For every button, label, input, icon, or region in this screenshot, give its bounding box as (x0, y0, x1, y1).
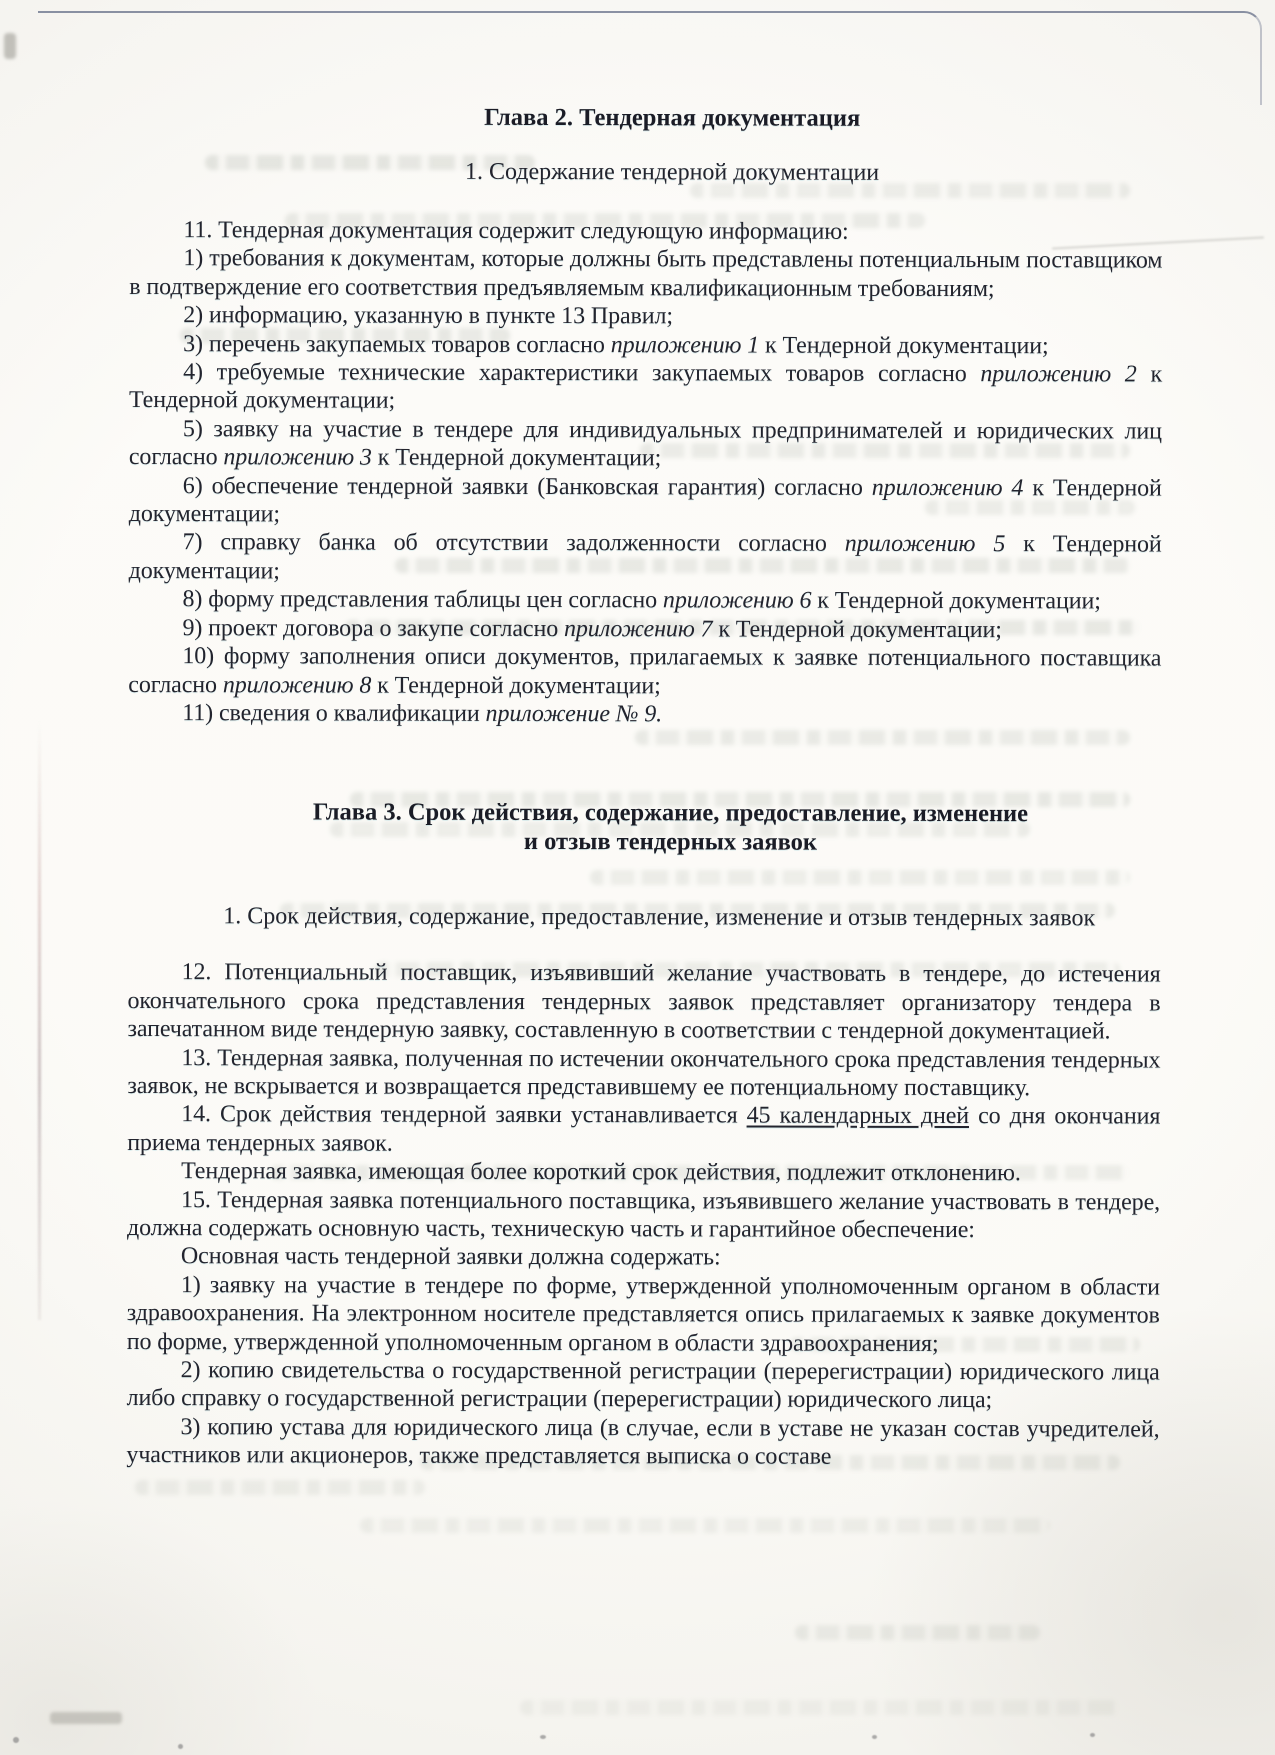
chapter2-section-heading: 1. Содержание тендерной документации (130, 156, 1163, 189)
scan-speck (540, 1735, 546, 1739)
paragraph: 9) проект договора о закупе согласно при… (128, 614, 1161, 645)
chapter2-paragraphs: 11. Тендерная документация содержит след… (128, 216, 1162, 730)
paragraph: 3) копию устава для юридического лица (в… (126, 1413, 1159, 1472)
paragraph: 12. Потенциальный поставщик, изъявивший … (127, 958, 1160, 1046)
paragraph: 13. Тендерная заявка, полученная по исте… (127, 1044, 1160, 1103)
paragraph: 11) сведения о квалификации приложение №… (128, 699, 1161, 730)
document-content: Глава 2. Тендерная документация 1. Содер… (126, 0, 1163, 1472)
paragraph: 6) обеспечение тендерной заявки (Банковс… (129, 472, 1162, 531)
chapter2-title: Глава 2. Тендерная документация (130, 102, 1163, 135)
paragraph: 4) требуемые технические характеристики … (129, 358, 1162, 417)
chapter3-paragraphs: 12. Потенциальный поставщик, изъявивший … (126, 958, 1160, 1472)
paragraph: 2) информацию, указанную в пункте 13 Пра… (129, 301, 1162, 332)
chapter3-title-line2: и отзыв тендерных заявок (180, 826, 1161, 857)
scan-speck (178, 1744, 183, 1749)
scan-speck (872, 1735, 877, 1739)
paragraph: 2) копию свидетельства о государственной… (127, 1356, 1160, 1415)
paragraph: 1) заявку на участие в тендере по форме,… (127, 1271, 1160, 1359)
paragraph: Тендерная заявка, имеющая более короткий… (127, 1157, 1160, 1188)
scan-speck (1090, 1733, 1095, 1737)
bleed-through-text (135, 1480, 425, 1495)
chapter3-section-heading: 1. Срок действия, содержание, предоставл… (128, 902, 1161, 934)
paragraph: 1) требования к документам, которые долж… (129, 244, 1162, 303)
scanned-document-page: Глава 2. Тендерная документация 1. Содер… (0, 0, 1275, 1755)
paragraph: 7) справку банка об отсутствии задолженн… (129, 528, 1162, 587)
chapter3-title: Глава 3. Срок действия, содержание, пред… (128, 797, 1161, 858)
paper-crease-line (38, 720, 41, 1320)
scan-speck (13, 1737, 19, 1743)
bleed-through-text (360, 1518, 1050, 1533)
paragraph: 5) заявку на участие в тендере для индив… (129, 415, 1162, 474)
scan-smudge (4, 33, 16, 59)
bleed-through-text (520, 1700, 1120, 1715)
bleed-through-text (795, 1625, 1040, 1640)
scan-smudge (50, 1712, 122, 1724)
chapter3-title-line1: Глава 3. Срок действия, содержание, пред… (180, 797, 1161, 828)
paragraph: 3) перечень закупаемых товаров согласно … (129, 330, 1162, 361)
paragraph: 15. Тендерная заявка потенциального пост… (127, 1186, 1160, 1245)
paragraph: 11. Тендерная документация содержит след… (129, 216, 1162, 247)
paragraph: 8) форму представления таблицы цен согла… (129, 585, 1162, 616)
paragraph: 10) форму заполнения описи документов, п… (128, 642, 1161, 701)
paragraph: Основная часть тендерной заявки должна с… (127, 1242, 1160, 1273)
paragraph: 14. Срок действия тендерной заявки устан… (127, 1100, 1160, 1159)
